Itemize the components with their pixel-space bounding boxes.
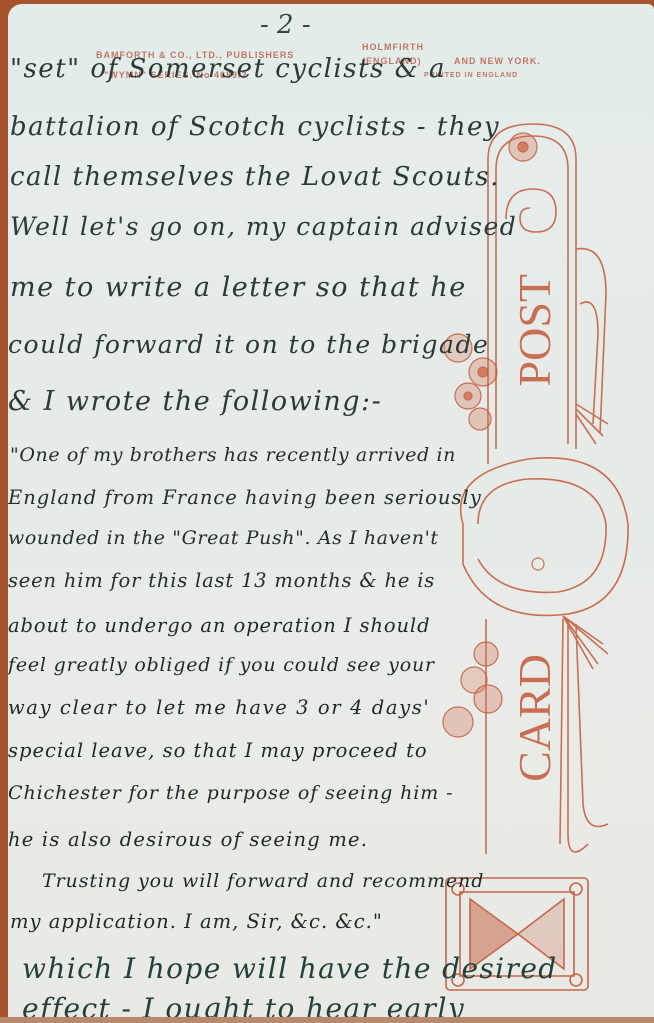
letter-line-8: "One of my brothers has recently arrived… [10, 444, 456, 466]
letter-line-15: special leave, so that I may proceed to [8, 739, 428, 762]
letter-line-12: about to undergo an operation I should [8, 614, 430, 637]
letter-line-4: Well let's go on, my captain advised [10, 212, 517, 241]
letter-line-10: wounded in the "Great Push". As I haven'… [8, 527, 439, 549]
letter-line-7: & I wrote the following:- [8, 386, 382, 417]
letter-line-17: he is also desirous of seeing me. [8, 828, 368, 851]
letter-line-9: England from France having been seriousl… [8, 486, 482, 509]
letter-line-20: which I hope will have the desired [22, 952, 558, 985]
postcard: BAMFORTH & CO., LTD., PUBLISHERS HOLMFIR… [8, 4, 654, 1023]
letter-line-19: my application. I am, Sir, &c. &c." [10, 910, 383, 933]
letter-line-18: Trusting you will forward and recommend [42, 870, 484, 892]
letter-line-6: could forward it on to the brigade [8, 330, 489, 359]
letter-line-5: me to write a letter so that he [10, 272, 467, 303]
card-label: CARD [508, 654, 561, 782]
letter-line-13: feel greatly obliged if you could see yo… [8, 654, 435, 676]
letter-line-16: Chichester for the purpose of seeing him… [8, 782, 453, 804]
letter-line-1: "set" of Somerset cyclists & a [10, 54, 446, 84]
letter-line-2: battalion of Scotch cyclists - they [10, 112, 500, 142]
letter-line-11: seen him for this last 13 months & he is [8, 569, 435, 592]
letter-line-3: call themselves the Lovat Scouts. [10, 162, 500, 192]
letter-line-14: way clear to let me have 3 or 4 days' [8, 696, 430, 719]
card-bottom-edge [0, 1017, 654, 1023]
post-label: POST [508, 274, 561, 386]
page-number: - 2 - [260, 10, 311, 40]
